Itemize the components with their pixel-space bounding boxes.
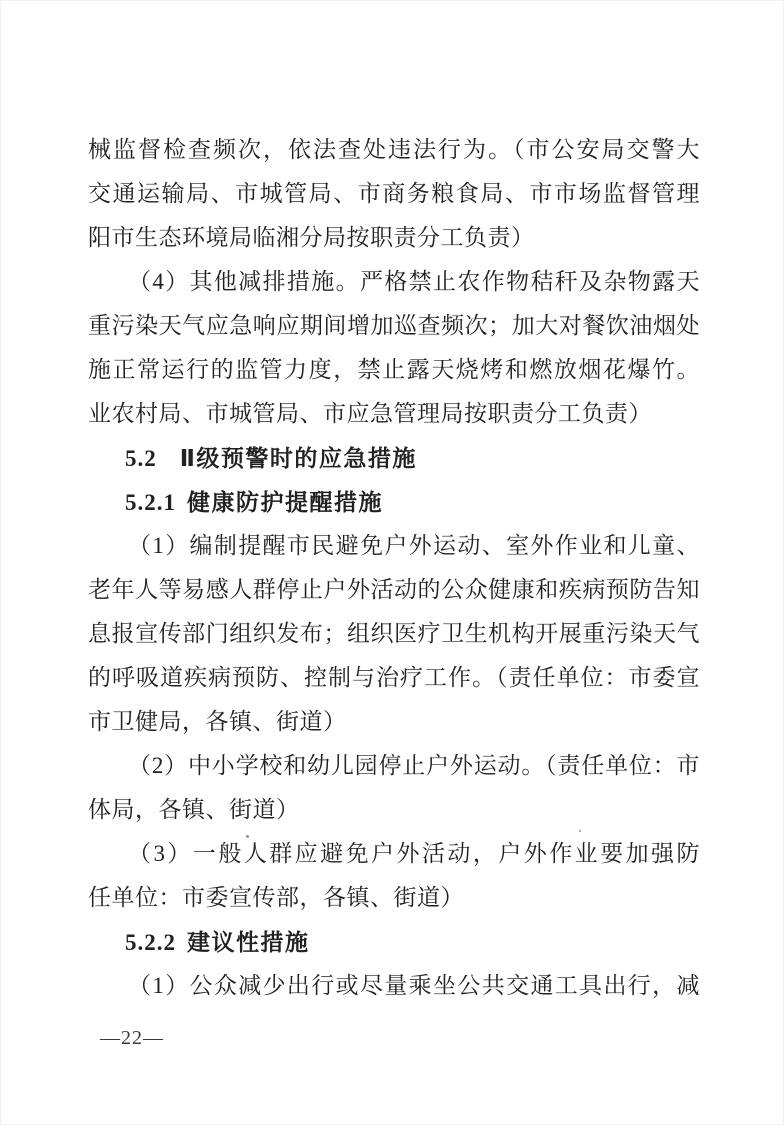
text-line: （3）一般人群应避免户外活动，户外作业要加强防护。（责 (88, 832, 700, 876)
text-line: 的呼吸道疾病预防、控制与治疗工作。（责任单位：市委宣传部、 (88, 656, 700, 700)
document-content: 械监督检查频次，依法查处违法行为。（市公安局交警大队、市交通运输局、市城管局、市… (88, 128, 700, 1008)
page-number: —22— (100, 1026, 164, 1050)
text-line: 任单位：市委宣传部，各镇、街道） (88, 876, 700, 920)
text-line: 重污染天气应急响应期间增加巡查频次；加大对餐饮油烟处理设 (88, 304, 700, 348)
heading-title: Ⅱ级预警时的应急措施 (180, 445, 417, 471)
text-line: 市卫健局，各镇、街道） (88, 700, 700, 744)
scan-speck (246, 835, 249, 838)
text-line: 械监督检查频次，依法查处违法行为。（市公安局交警大队、市 (88, 128, 700, 172)
heading-number: 5.2.1 (125, 490, 176, 515)
document-page: 械监督检查频次，依法查处违法行为。（市公安局交警大队、市交通运输局、市城管局、市… (0, 0, 784, 1125)
body-paragraph: 械监督检查频次，依法查处违法行为。（市公安局交警大队、市交通运输局、市城管局、市… (88, 128, 700, 260)
section-heading: 5.2Ⅱ级预警时的应急措施 (88, 436, 700, 480)
text-line: 体局，各镇、街道） (88, 788, 700, 832)
section-heading: 5.2.2建议性措施 (88, 920, 700, 964)
text-line: （1）编制提醒市民避免户外运动、室外作业和儿童、孕妇、 (88, 524, 700, 568)
text-line: 阳市生态环境局临湘分局按职责分工负责） (88, 216, 700, 260)
text-line: 业农村局、市城管局、市应急管理局按职责分工负责） (88, 392, 700, 436)
text-line: （2）中小学校和幼儿园停止户外运动。（责任单位：市教 (88, 744, 700, 788)
body-paragraph: （1）编制提醒市民避免户外运动、室外作业和儿童、孕妇、老年人等易感人群停止户外活… (88, 524, 700, 744)
body-paragraph: （1）公众减少出行或尽量乘坐公共交通工具出行，减少机动 (88, 964, 700, 1008)
text-line: 交通运输局、市城管局、市商务粮食局、市市场监督管理局、岳 (88, 172, 700, 216)
body-paragraph: （4）其他减排措施。严格禁止农作物秸秆及杂物露天焚烧，重污染天气应急响应期间增加… (88, 260, 700, 436)
body-paragraph: （3）一般人群应避免户外活动，户外作业要加强防护。（责任单位：市委宣传部，各镇、… (88, 832, 700, 920)
section-heading: 5.2.1健康防护提醒措施 (88, 480, 700, 524)
heading-title: 建议性措施 (187, 929, 310, 955)
text-line: 老年人等易感人群停止户外活动的公众健康和疾病预防告知信 (88, 568, 700, 612)
heading-number: 5.2 (125, 446, 157, 471)
heading-number: 5.2.2 (125, 930, 176, 955)
text-line: （1）公众减少出行或尽量乘坐公共交通工具出行，减少机动 (88, 964, 700, 1008)
text-line: 施正常运行的监管力度，禁止露天烧烤和燃放烟花爆竹。（市农 (88, 348, 700, 392)
scan-speck (579, 830, 581, 832)
heading-title: 健康防护提醒措施 (187, 489, 383, 515)
text-line: 息报宣传部门组织发布；组织医疗卫生机构开展重污染天气导致 (88, 612, 700, 656)
text-line: （4）其他减排措施。严格禁止农作物秸秆及杂物露天焚烧， (88, 260, 700, 304)
body-paragraph: （2）中小学校和幼儿园停止户外运动。（责任单位：市教体局，各镇、街道） (88, 744, 700, 832)
